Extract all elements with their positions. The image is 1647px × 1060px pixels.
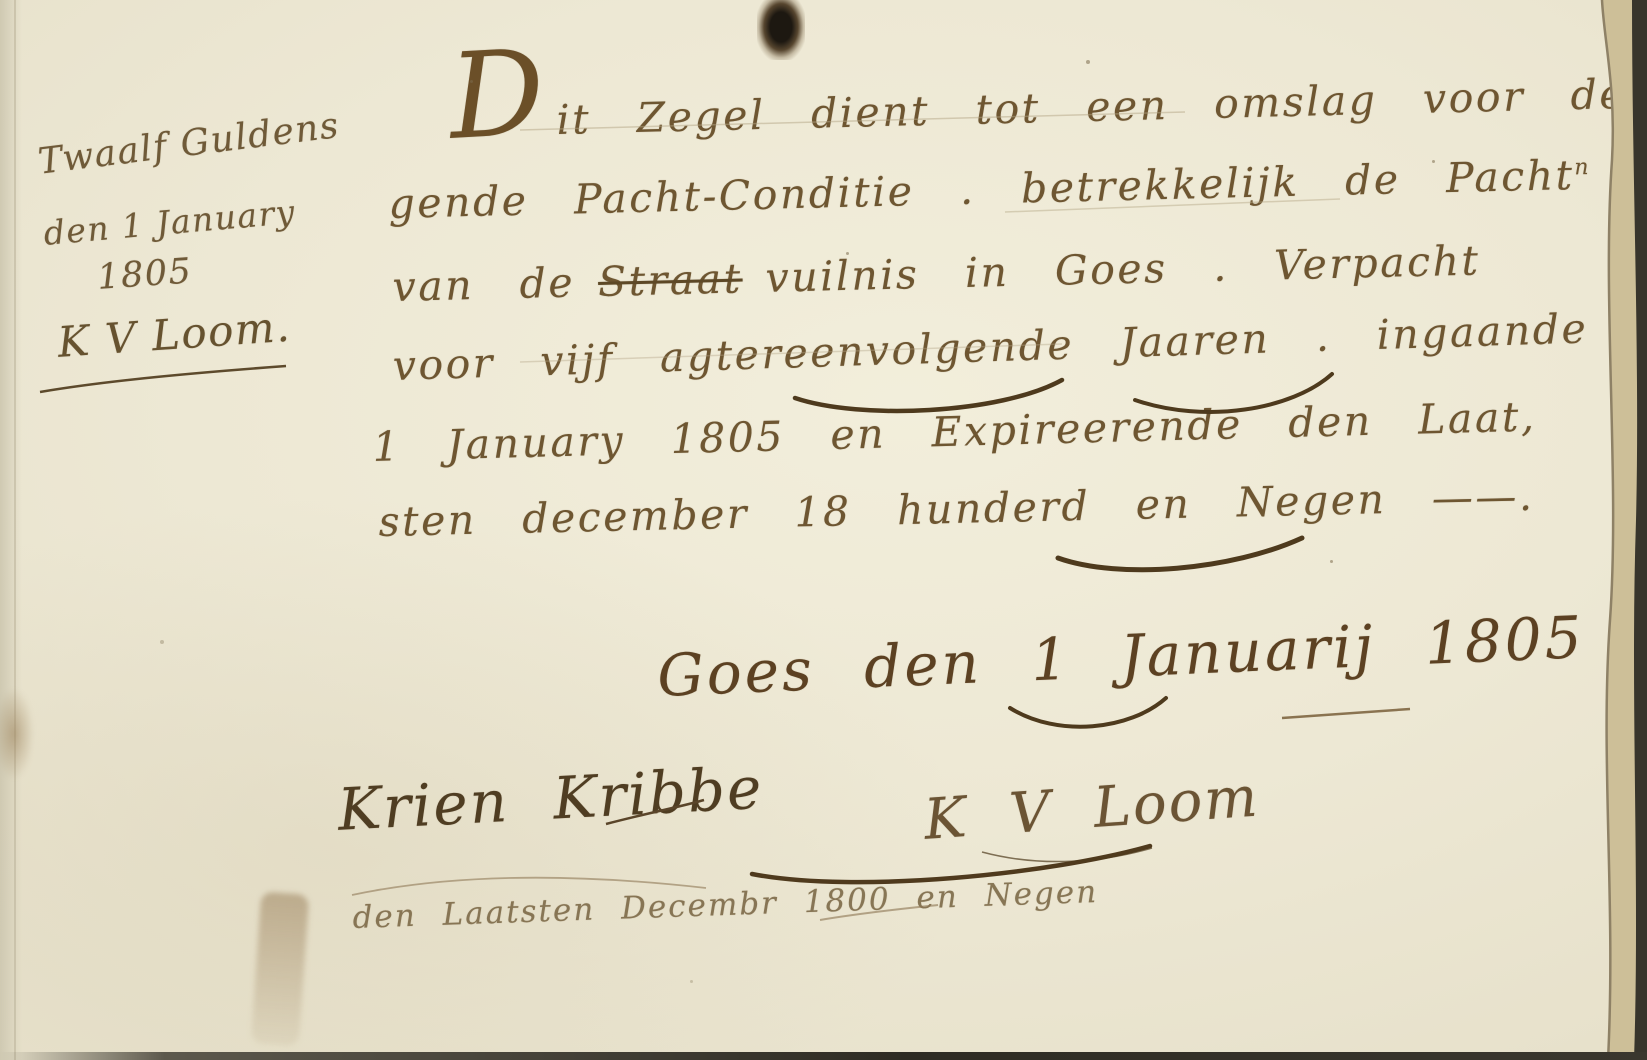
torn-edge-dark-gap	[1632, 0, 1647, 1060]
paper-speck	[846, 252, 849, 255]
dateline-j-swash	[1010, 698, 1166, 727]
margin-year: 1805	[96, 251, 194, 298]
body-line-6: sten december 18 hunderd en Negen ——.	[378, 472, 1535, 546]
paper-left-fold-edge	[0, 0, 22, 1060]
paper-speck	[1432, 160, 1435, 163]
paper-speck	[1212, 332, 1215, 335]
body-line-3-pre: van de	[392, 259, 576, 311]
ink-smudge-streak-bottom	[251, 892, 309, 1047]
body-line-2: gende Pacht-Conditie . betrekkelijk de P…	[388, 151, 1589, 228]
dateline: Goes den 1 Januarij 1805	[656, 603, 1586, 710]
paper-speck	[690, 980, 693, 983]
body-line-3-struck-word: Straat	[598, 254, 744, 306]
torn-edge-tan-strip	[1602, 0, 1647, 1060]
body-line-1: it Zegel dient tot een omslag voor de in…	[556, 66, 1647, 144]
ink-smudge-left-margin	[0, 688, 34, 780]
paper-left-fold-line	[14, 0, 16, 1060]
paper-speck	[470, 80, 473, 83]
footnote: den Laatsten Decembr 1800 en Negen	[352, 874, 1099, 936]
body-line-5: 1 January 1805 en Expireerende den Laat,	[372, 393, 1537, 471]
line6-negen-underloop-flourish	[1058, 538, 1302, 570]
paper-right-torn-edge	[1592, 0, 1647, 1060]
signature-right: K V Loom	[922, 765, 1261, 853]
margin-amount: Twaalf Guldens	[36, 105, 342, 183]
signature-left: Krien Kribbe	[336, 754, 765, 844]
body-line-3-post: vuilnis in Goes . Verpacht	[765, 236, 1481, 301]
decorative-initial: D	[446, 23, 548, 166]
body-line-3: van de Straat vuilnis in Goes . Verpacht	[392, 236, 1481, 311]
body-line-4: voor vijf agtereenvolgende Jaaren . inga…	[392, 304, 1589, 390]
torn-edge-crease-line	[1602, 0, 1613, 1060]
paper-bottom-dark-edge	[0, 1052, 1647, 1060]
margin-signature: K V Loom.	[56, 302, 292, 367]
dateline-year-underline	[1282, 709, 1410, 718]
body-line-2-text: gende Pacht-Conditie . betrekkelijk de P…	[388, 151, 1575, 228]
margin-date-line: den 1 January	[42, 192, 297, 253]
margin-signature-underline-flourish	[40, 366, 286, 392]
paper-speck	[160, 640, 164, 644]
manuscript-page: Twaalf Guldens den 1 January 1805 K V Lo…	[0, 0, 1647, 1060]
body-line-2-superscript: n	[1574, 155, 1589, 180]
ink-hole-blot	[757, 0, 805, 60]
paper-speck	[1330, 560, 1333, 563]
signature-right-paraph-return-stroke	[982, 848, 1152, 862]
paper-speck	[1086, 60, 1090, 64]
